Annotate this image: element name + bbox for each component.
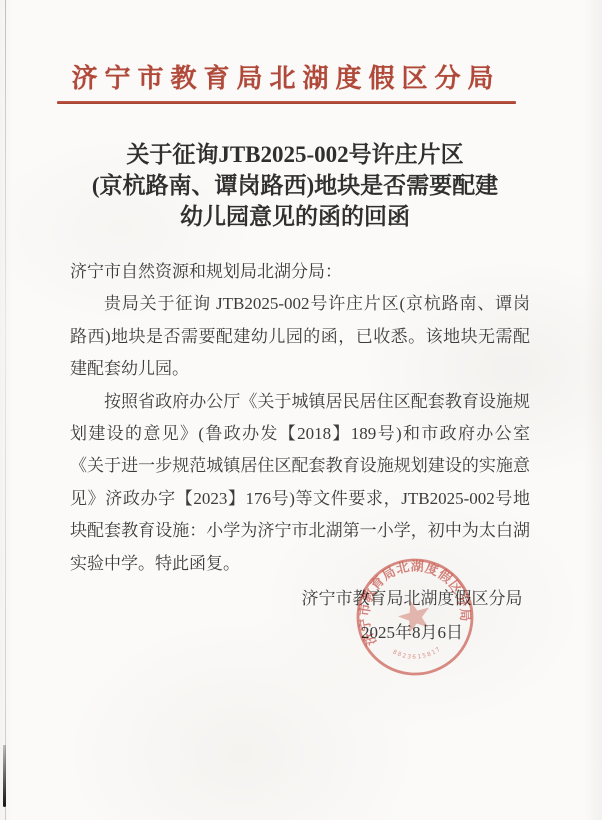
document-title: 关于征询JTB2025-002号许庄片区 (京杭路南、谭岗路西)地块是否需要配建…: [60, 139, 530, 232]
title-line-2: (京杭路南、谭岗路西)地块是否需要配建: [60, 170, 530, 201]
paragraph-2-line-1: 按照省政府办公厅《关于城镇居民居住区配套教育设施规: [70, 386, 530, 418]
salutation: 济宁市自然资源和规划局北湖分局：: [70, 256, 530, 288]
scan-artifact-mark: [3, 745, 6, 807]
scanned-letter-page: 济宁市教育局北湖度假区分局 关于征询JTB2025-002号许庄片区 (京杭路南…: [0, 0, 602, 820]
letterhead-rule: [57, 101, 516, 104]
title-line-1: 关于征询JTB2025-002号许庄片区: [60, 139, 530, 170]
paragraph-2-line-6: 实验中学。特此函复。: [70, 548, 530, 580]
paragraph-1-line-1: 贵局关于征询 JTB2025-002号许庄片区(京杭路南、谭岗: [70, 288, 530, 320]
scan-edge-line: [5, 0, 6, 820]
paragraph-2-line-2: 划建设的意见》(鲁政办发【2018】189号)和市政府办公室: [70, 418, 530, 450]
paragraph-1-line-2: 路西)地块是否需要配建幼儿园的函，已收悉。该地块无需配: [70, 321, 530, 353]
signature-block: 济宁市教育局北湖度假区分局 2025年8月6日: [298, 589, 526, 643]
paragraph-1-line-3: 建配套幼儿园。: [70, 353, 530, 385]
title-line-3: 幼儿园意见的函的回函: [60, 201, 530, 232]
signature-agency: 济宁市教育局北湖度假区分局: [298, 589, 526, 609]
letterhead-agency-name: 济宁市教育局北湖度假区分局: [36, 58, 536, 95]
signature-date: 2025年8月6日: [298, 623, 526, 643]
paragraph-2-line-4: 见》济政办字【2023】176号)等文件要求，JTB2025-002号地: [70, 483, 530, 515]
paragraph-2-line-5: 块配套教育设施：小学为济宁市北湖第一小学，初中为太白湖: [70, 515, 530, 547]
paragraph-2-line-3: 《关于进一步规范城镇居住区配套教育设施规划建设的实施意: [70, 450, 530, 482]
document-body: 济宁市自然资源和规划局北湖分局： 贵局关于征询 JTB2025-002号许庄片区…: [70, 256, 530, 580]
